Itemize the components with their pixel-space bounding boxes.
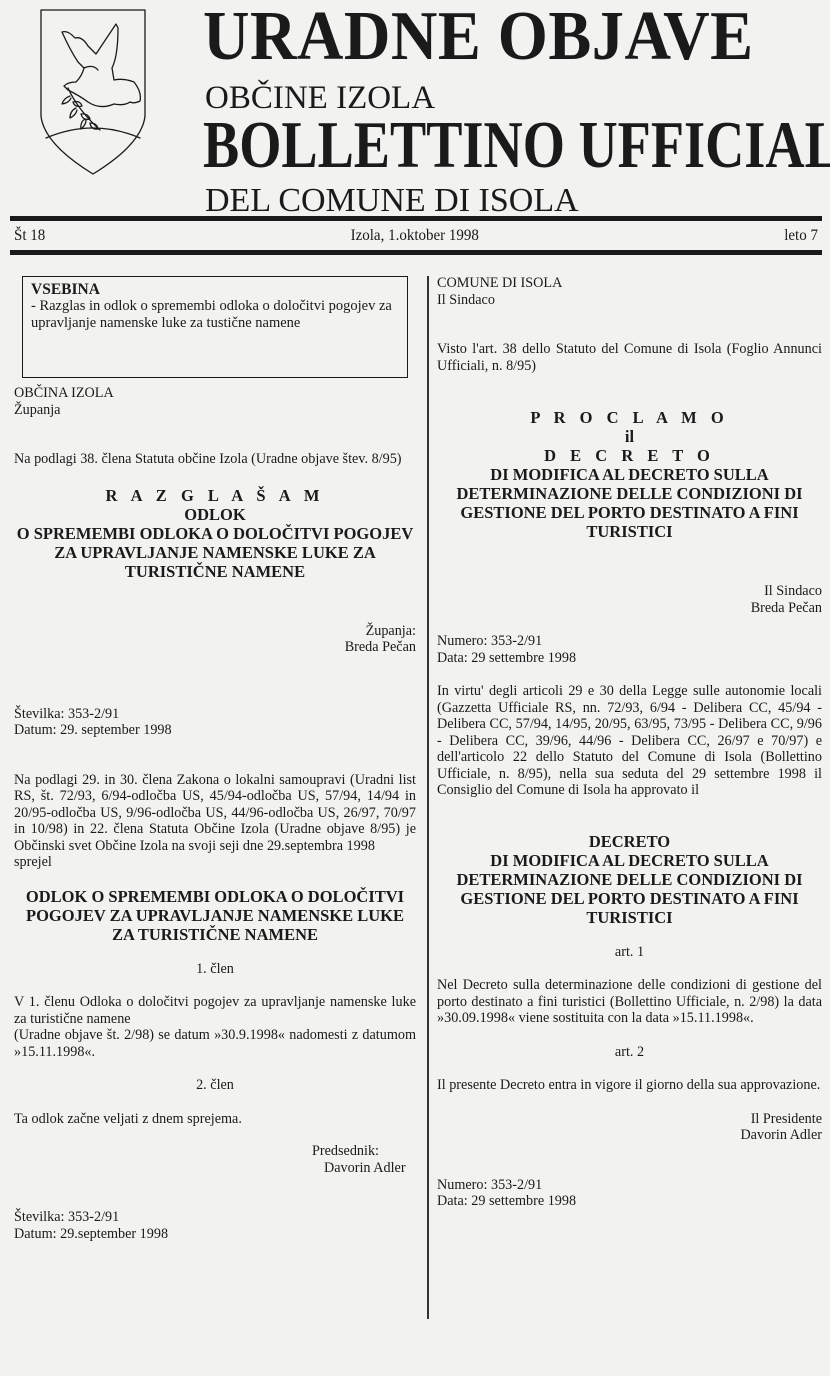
president-name: Davorin Adler: [312, 1160, 416, 1177]
president-role: Il Presidente: [437, 1111, 822, 1128]
masthead-rule-top: [10, 216, 822, 221]
article-1-label: 1. člen: [14, 961, 416, 978]
president-name: Davorin Adler: [437, 1127, 822, 1144]
intro-paragraph: Na podlagi 38. člena Statuta občine Izol…: [14, 451, 416, 468]
slovene-column: VSEBINA - Razglas in odlok o spremembi o…: [14, 276, 416, 1242]
signatory-role: Il Sindaco: [437, 583, 822, 600]
toc-title: VSEBINA: [31, 281, 399, 298]
article-1-label: art. 1: [437, 944, 822, 961]
reference-number-2: Številka: 353-2/91: [14, 1209, 416, 1226]
issue-info-row: Št 18 Izola, 1.oktober 1998 leto 7: [14, 226, 818, 247]
issue-number: Št 18: [14, 227, 45, 245]
signature-block: Predsednik: Davorin Adler: [312, 1143, 416, 1176]
reference-date-2: Datum: 29.september 1998: [14, 1226, 416, 1243]
article-1-text: V 1. členu Odloka o določitvi pogojev za…: [14, 994, 416, 1027]
signatory-role: Županja:: [14, 623, 416, 640]
issue-year: leto 7: [784, 227, 818, 245]
proclamation-decree: D E C R E T O: [437, 446, 822, 465]
reference-date: Data: 29 settembre 1998: [437, 650, 822, 667]
masthead-rule-bottom: [10, 250, 822, 255]
decree-subtitle: DI MODIFICA AL DECRETO SULLA DETERMINAZI…: [437, 851, 822, 927]
reference-number: Numero: 353-2/91: [437, 633, 822, 650]
preamble-paragraph: Na podlagi 29. in 30. člena Zakona o lok…: [14, 772, 416, 855]
table-of-contents: VSEBINA - Razglas in odlok o spremembi o…: [22, 276, 408, 378]
proclamation-subheading: ODLOK: [14, 505, 416, 524]
proclamation-title: DI MODIFICA AL DECRETO SULLA DETERMINAZI…: [437, 465, 822, 541]
signatory-name: Breda Pečan: [437, 600, 822, 617]
reference-number-2: Numero: 353-2/91: [437, 1177, 822, 1194]
adopted-text: sprejel: [14, 854, 416, 871]
masthead-title-slovene: URADNE OBJAVE: [203, 2, 753, 72]
proclamation-title: O SPREMEMBI ODLOKA O DOLOČITVI POGOJEV Z…: [14, 524, 416, 581]
president-role: Predsednik:: [312, 1143, 416, 1160]
masthead-subtitle-italian: DEL COMUNE DI ISOLA: [205, 184, 579, 218]
article-1-text-continued: (Uradne objave št. 2/98) se datum »30.9.…: [14, 1027, 416, 1060]
reference-date-2: Data: 29 settembre 1998: [437, 1193, 822, 1210]
italian-column: COMUNE DI ISOLA Il Sindaco Visto l'art. …: [437, 276, 822, 1210]
masthead-title-italian: BOLLETTINO UFFICIALE: [203, 112, 830, 179]
shield-dove-olive-branch-icon: [38, 6, 148, 176]
article-2-text: Ta odlok začne veljati z dnem sprejema.: [14, 1111, 416, 1128]
decree-title: DECRETO: [437, 832, 822, 851]
article-2-label: art. 2: [437, 1044, 822, 1061]
preamble-paragraph: In virtu' degli articoli 29 e 30 della L…: [437, 683, 822, 799]
intro-paragraph: Visto l'art. 38 dello Statuto del Comune…: [437, 341, 822, 374]
reference-date: Datum: 29. september 1998: [14, 722, 416, 739]
proclamation-heading: P R O C L A M O: [437, 408, 822, 427]
article-1-text: Nel Decreto sulla determinazione delle c…: [437, 977, 822, 1027]
issuer-role: Il Sindaco: [437, 292, 822, 309]
toc-item[interactable]: - Razglas in odlok o spremembi odloka o …: [31, 298, 399, 331]
issuer-role: Županja: [14, 402, 416, 419]
article-2-label: 2. člen: [14, 1077, 416, 1094]
proclamation-il: il: [437, 427, 822, 446]
reference-number: Številka: 353-2/91: [14, 706, 416, 723]
column-divider: [427, 276, 429, 1319]
signatory-name: Breda Pečan: [14, 639, 416, 656]
article-2-text: Il presente Decreto entra in vigore il g…: [437, 1077, 822, 1094]
issuer: COMUNE DI ISOLA: [437, 275, 822, 292]
proclamation-heading: R A Z G L A Š A M: [14, 486, 416, 505]
issue-place-date: Izola, 1.oktober 1998: [351, 227, 479, 245]
issuer: OBČINA IZOLA: [14, 385, 416, 402]
decree-title: ODLOK O SPREMEMBI ODLOKA O DOLOČITVI POG…: [14, 887, 416, 944]
